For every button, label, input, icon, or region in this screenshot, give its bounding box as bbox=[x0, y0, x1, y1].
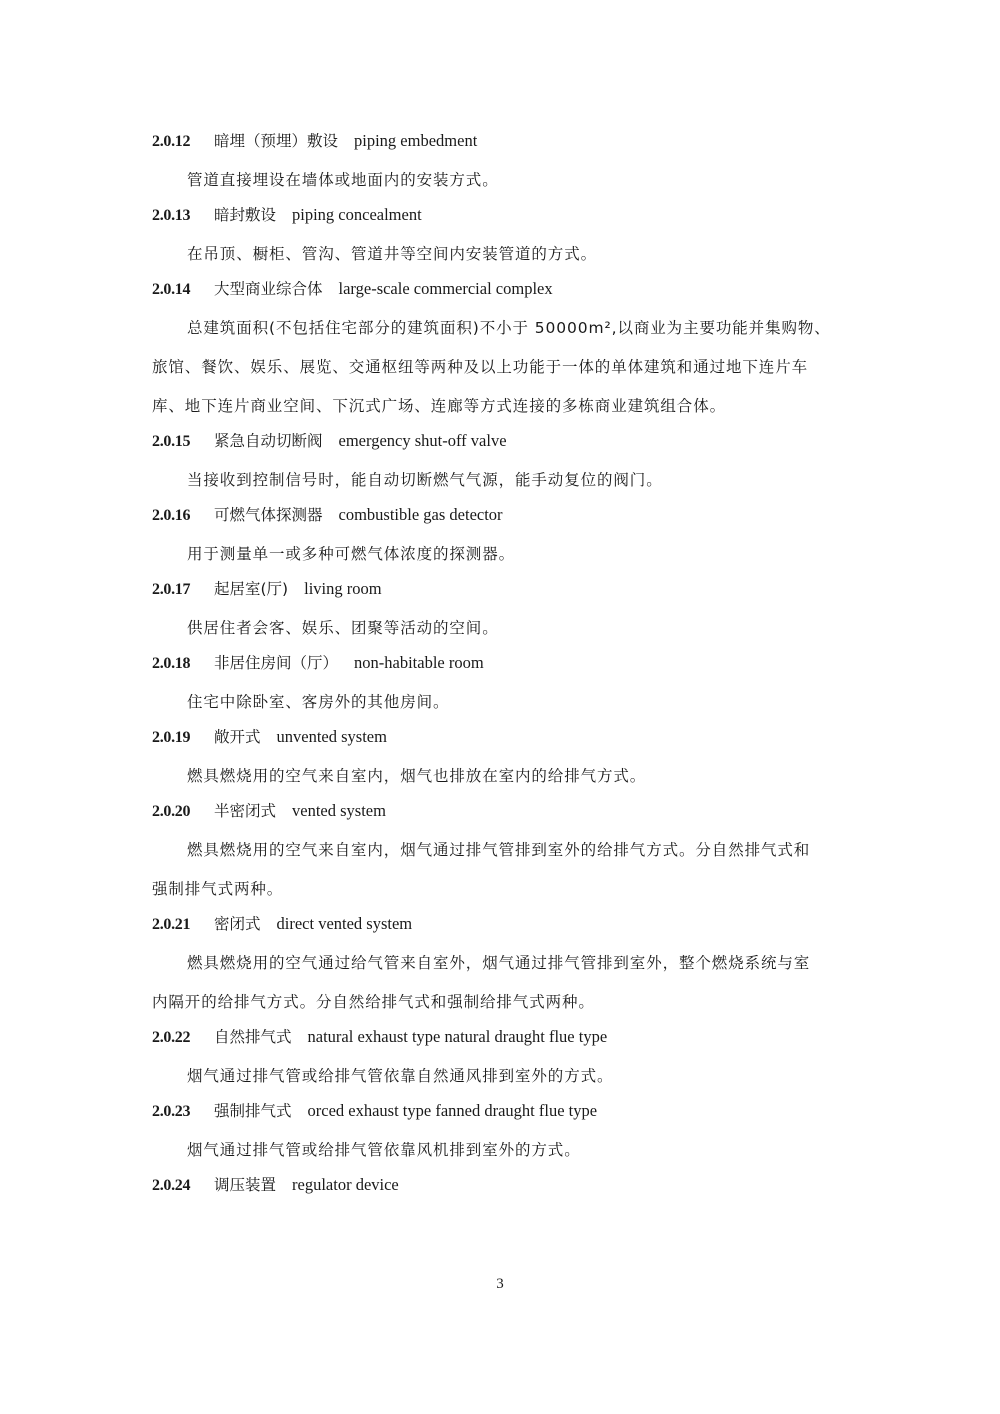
term-definition: 管道直接埋设在墙体或地面内的安装方式。 bbox=[152, 161, 852, 200]
term-chinese: 暗封敷设 bbox=[214, 206, 276, 224]
definition-line: 在吊顶、橱柜、管沟、管道井等空间内安装管道的方式。 bbox=[152, 235, 852, 274]
term-definition: 住宅中除卧室、客房外的其他房间。 bbox=[152, 683, 852, 722]
definition-line: 供居住者会客、娱乐、团聚等活动的空间。 bbox=[152, 609, 852, 648]
term-definition: 烟气通过排气管或给排气管依靠风机排到室外的方式。 bbox=[152, 1131, 852, 1170]
term-english: unvented system bbox=[277, 727, 387, 746]
term-english: piping embedment bbox=[354, 131, 477, 150]
term-heading-2-0-17: 2.0.17起居室(厅)living room bbox=[152, 577, 852, 601]
term-heading-2-0-22: 2.0.22自然排气式natural exhaust type natural … bbox=[152, 1025, 852, 1049]
term-definition: 烟气通过排气管或给排气管依靠自然通风排到室外的方式。 bbox=[152, 1057, 852, 1096]
term-heading-2-0-23: 2.0.23强制排气式orced exhaust type fanned dra… bbox=[152, 1099, 852, 1123]
definition-line: 燃具燃烧用的空气通过给气管来自室外，烟气通过排气管排到室外，整个燃烧系统与室 bbox=[152, 944, 852, 983]
term-chinese: 半密闭式 bbox=[214, 802, 276, 820]
term-number: 2.0.23 bbox=[152, 1100, 214, 1124]
term-heading-2-0-16: 2.0.16可燃气体探测器combustible gas detector bbox=[152, 503, 852, 527]
term-heading-2-0-18: 2.0.18非居住房间（厅）non-habitable room bbox=[152, 651, 852, 675]
term-number: 2.0.20 bbox=[152, 800, 214, 824]
term-number: 2.0.19 bbox=[152, 726, 214, 750]
term-chinese: 强制排气式 bbox=[214, 1102, 292, 1120]
term-english: combustible gas detector bbox=[339, 505, 503, 524]
term-number: 2.0.24 bbox=[152, 1174, 214, 1198]
term-heading-2-0-15: 2.0.15紧急自动切断阀emergency shut-off valve bbox=[152, 429, 852, 453]
term-chinese: 密闭式 bbox=[214, 915, 261, 933]
definition-line: 总建筑面积(不包括住宅部分的建筑面积)不小于 50000m²,以商业为主要功能并… bbox=[152, 309, 852, 348]
term-definition: 总建筑面积(不包括住宅部分的建筑面积)不小于 50000m²,以商业为主要功能并… bbox=[152, 309, 852, 426]
definition-line: 燃具燃烧用的空气来自室内，烟气也排放在室内的给排气方式。 bbox=[152, 757, 852, 796]
term-chinese: 大型商业综合体 bbox=[214, 280, 323, 298]
definition-line: 管道直接埋设在墙体或地面内的安装方式。 bbox=[152, 161, 852, 200]
term-definition: 燃具燃烧用的空气通过给气管来自室外，烟气通过排气管排到室外，整个燃烧系统与室 内… bbox=[152, 944, 852, 1022]
term-number: 2.0.17 bbox=[152, 578, 214, 602]
term-heading-2-0-20: 2.0.20半密闭式vented system bbox=[152, 799, 852, 823]
term-definition: 燃具燃烧用的空气来自室内，烟气通过排气管排到室外的给排气方式。分自然排气式和 强… bbox=[152, 831, 852, 909]
term-definition: 用于测量单一或多种可燃气体浓度的探测器。 bbox=[152, 535, 852, 574]
term-definition: 燃具燃烧用的空气来自室内，烟气也排放在室内的给排气方式。 bbox=[152, 757, 852, 796]
term-english: piping concealment bbox=[292, 205, 422, 224]
definition-line: 库、地下连片商业空间、下沉式广场、连廊等方式连接的多栋商业建筑组合体。 bbox=[152, 387, 852, 426]
term-definition: 在吊顶、橱柜、管沟、管道井等空间内安装管道的方式。 bbox=[152, 235, 852, 274]
term-heading-2-0-24: 2.0.24调压装置regulator device bbox=[152, 1173, 852, 1197]
term-chinese: 起居室(厅) bbox=[214, 580, 288, 598]
term-english: orced exhaust type fanned draught flue t… bbox=[308, 1101, 598, 1120]
term-heading-2-0-12: 2.0.12暗埋（预埋）敷设piping embedment bbox=[152, 129, 852, 153]
page-number: 3 bbox=[0, 1276, 1000, 1293]
term-chinese: 自然排气式 bbox=[214, 1028, 292, 1046]
term-definition: 当接收到控制信号时，能自动切断燃气气源，能手动复位的阀门。 bbox=[152, 461, 852, 500]
term-heading-2-0-13: 2.0.13暗封敷设piping concealment bbox=[152, 203, 852, 227]
term-heading-2-0-14: 2.0.14大型商业综合体large-scale commercial comp… bbox=[152, 277, 852, 301]
term-heading-2-0-19: 2.0.19敞开式unvented system bbox=[152, 725, 852, 749]
definition-line: 燃具燃烧用的空气来自室内，烟气通过排气管排到室外的给排气方式。分自然排气式和 bbox=[152, 831, 852, 870]
term-english: large-scale commercial complex bbox=[339, 279, 553, 298]
term-definition: 供居住者会客、娱乐、团聚等活动的空间。 bbox=[152, 609, 852, 648]
definition-line: 当接收到控制信号时，能自动切断燃气气源，能手动复位的阀门。 bbox=[152, 461, 852, 500]
term-english: living room bbox=[304, 579, 381, 598]
definition-line: 内隔开的给排气方式。分自然给排气式和强制给排气式两种。 bbox=[152, 983, 852, 1022]
definition-line: 旅馆、餐饮、娱乐、展览、交通枢纽等两种及以上功能于一体的单体建筑和通过地下连片车 bbox=[152, 348, 852, 387]
definition-line: 强制排气式两种。 bbox=[152, 870, 852, 909]
term-chinese: 敞开式 bbox=[214, 728, 261, 746]
document-page: 2.0.12暗埋（预埋）敷设piping embedment 管道直接埋设在墙体… bbox=[152, 129, 852, 1212]
term-chinese: 可燃气体探测器 bbox=[214, 506, 323, 524]
term-number: 2.0.16 bbox=[152, 504, 214, 528]
term-number: 2.0.13 bbox=[152, 204, 214, 228]
term-english: vented system bbox=[292, 801, 386, 820]
term-english: natural exhaust type natural draught flu… bbox=[308, 1027, 608, 1046]
term-heading-2-0-21: 2.0.21密闭式direct vented system bbox=[152, 912, 852, 936]
term-english: emergency shut-off valve bbox=[339, 431, 507, 450]
definition-line: 烟气通过排气管或给排气管依靠自然通风排到室外的方式。 bbox=[152, 1057, 852, 1096]
term-chinese: 非居住房间（厅） bbox=[214, 654, 338, 672]
term-number: 2.0.21 bbox=[152, 913, 214, 937]
definition-line: 用于测量单一或多种可燃气体浓度的探测器。 bbox=[152, 535, 852, 574]
term-number: 2.0.15 bbox=[152, 430, 214, 454]
term-english: direct vented system bbox=[277, 914, 413, 933]
definition-line: 住宅中除卧室、客房外的其他房间。 bbox=[152, 683, 852, 722]
term-number: 2.0.14 bbox=[152, 278, 214, 302]
definition-line: 烟气通过排气管或给排气管依靠风机排到室外的方式。 bbox=[152, 1131, 852, 1170]
term-english: regulator device bbox=[292, 1175, 399, 1194]
term-number: 2.0.22 bbox=[152, 1026, 214, 1050]
term-number: 2.0.12 bbox=[152, 130, 214, 154]
term-chinese: 紧急自动切断阀 bbox=[214, 432, 323, 450]
term-number: 2.0.18 bbox=[152, 652, 214, 676]
term-chinese: 调压装置 bbox=[214, 1176, 276, 1194]
term-chinese: 暗埋（预埋）敷设 bbox=[214, 132, 338, 150]
term-english: non-habitable room bbox=[354, 653, 484, 672]
